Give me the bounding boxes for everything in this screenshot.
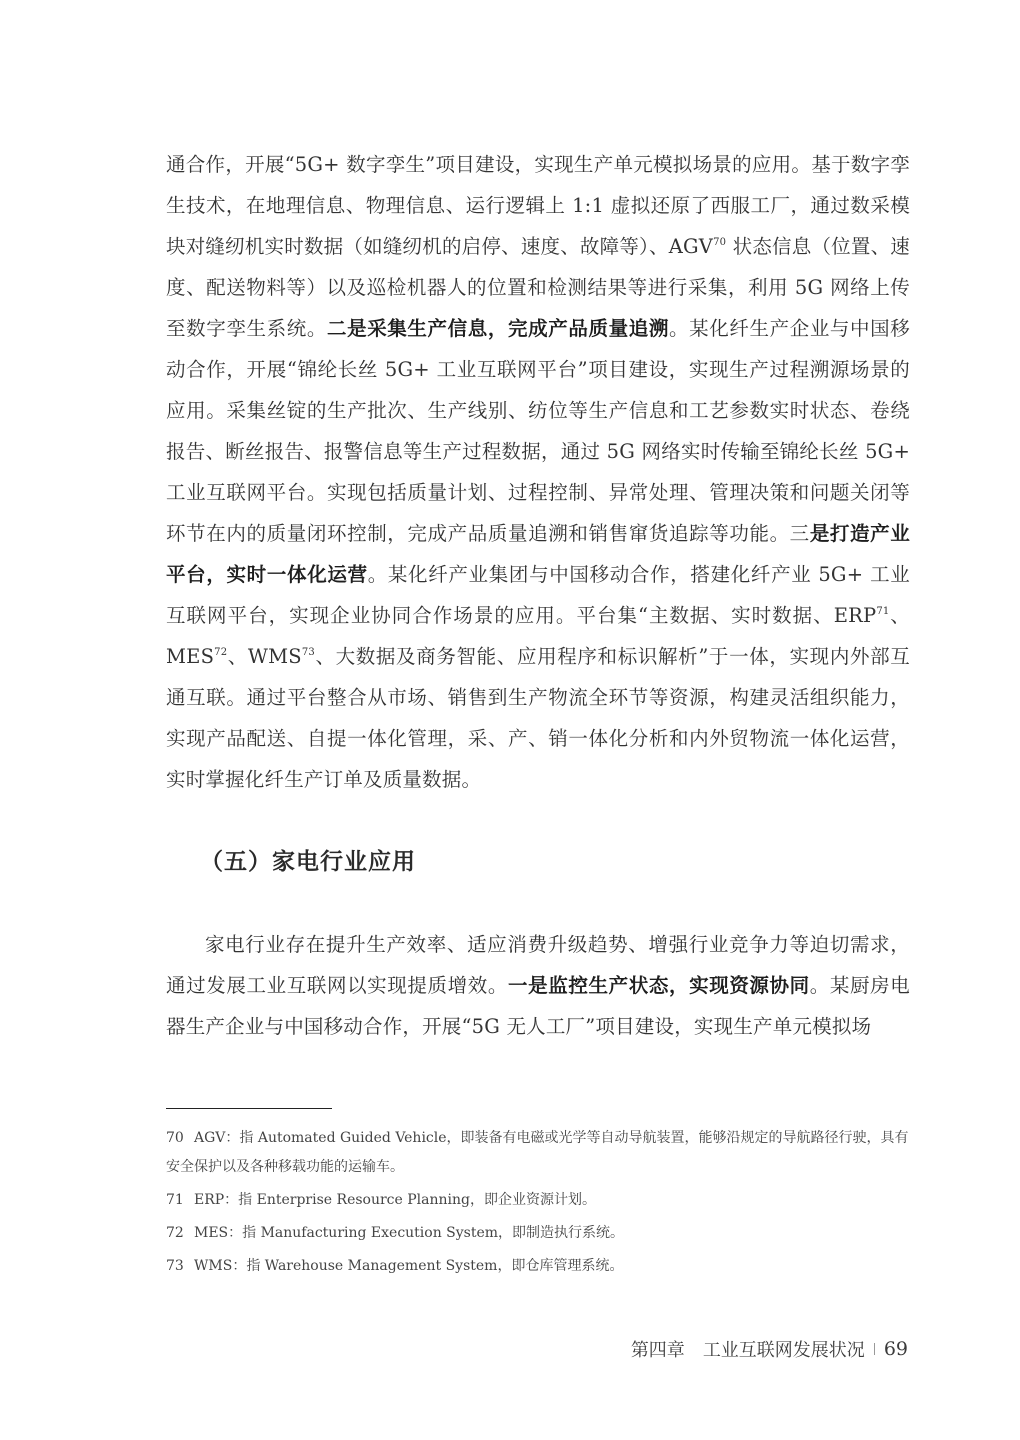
bold-key-point-2: 二是采集生产信息，完成产品质量追溯 bbox=[327, 317, 669, 340]
footnote-ref-71[interactable]: 71 bbox=[876, 606, 889, 617]
footnote-text: AGV：指 Automated Guided Vehicle，即装备有电磁或光学… bbox=[166, 1130, 909, 1175]
footnote-73: 73WMS：指 Warehouse Management System，即仓库管… bbox=[166, 1252, 910, 1281]
body-paragraph-2: 家电行业存在提升生产效率、适应消费升级趋势、增强行业竞争力等迫切需求，通过发展工… bbox=[166, 924, 910, 1047]
footnote-divider bbox=[166, 1108, 332, 1109]
footnote-70: 70AGV：指 Automated Guided Vehicle，即装备有电磁或… bbox=[166, 1124, 910, 1182]
footer-chapter-title: 工业互联网发展状况 bbox=[703, 1336, 865, 1362]
footnote-ref-70[interactable]: 70 bbox=[713, 237, 726, 248]
footnote-text: WMS：指 Warehouse Management System，即仓库管理系… bbox=[194, 1258, 623, 1274]
footnote-72: 72MES：指 Manufacturing Execution System，即… bbox=[166, 1219, 910, 1248]
text-run: 、WMS bbox=[227, 645, 302, 668]
footnote-number: 72 bbox=[166, 1219, 194, 1248]
section-heading: （五）家电行业应用 bbox=[200, 843, 416, 876]
footnote-ref-73[interactable]: 73 bbox=[302, 647, 315, 658]
body-paragraph-1: 通合作，开展“5G+ 数字孪生”项目建设，实现生产单元模拟场景的应用。基于数字孪… bbox=[166, 144, 910, 800]
footnote-text: ERP：指 Enterprise Resource Planning，即企业资源… bbox=[194, 1192, 596, 1208]
page-footer: 第四章 工业互联网发展状况 69 bbox=[631, 1336, 908, 1362]
footnote-number: 73 bbox=[166, 1252, 194, 1281]
footer-chapter: 第四章 bbox=[631, 1336, 685, 1362]
footnote-71: 71ERP：指 Enterprise Resource Planning，即企业… bbox=[166, 1186, 910, 1215]
footnote-text: MES：指 Manufacturing Execution System，即制造… bbox=[194, 1225, 624, 1241]
footnote-ref-72[interactable]: 72 bbox=[214, 647, 227, 658]
bold-key-point-1: 一是监控生产状态，实现资源协同 bbox=[508, 974, 810, 997]
footnote-number: 70 bbox=[166, 1124, 194, 1153]
footnotes: 70AGV：指 Automated Guided Vehicle，即装备有电磁或… bbox=[166, 1124, 910, 1285]
text-run: 。某化纤生产企业与中国移动合作，开展“锦纶长丝 5G+ 工业互联网平台”项目建设… bbox=[166, 317, 910, 545]
page-number: 69 bbox=[884, 1338, 908, 1360]
footer-separator bbox=[874, 1343, 875, 1355]
footnote-number: 71 bbox=[166, 1186, 194, 1215]
